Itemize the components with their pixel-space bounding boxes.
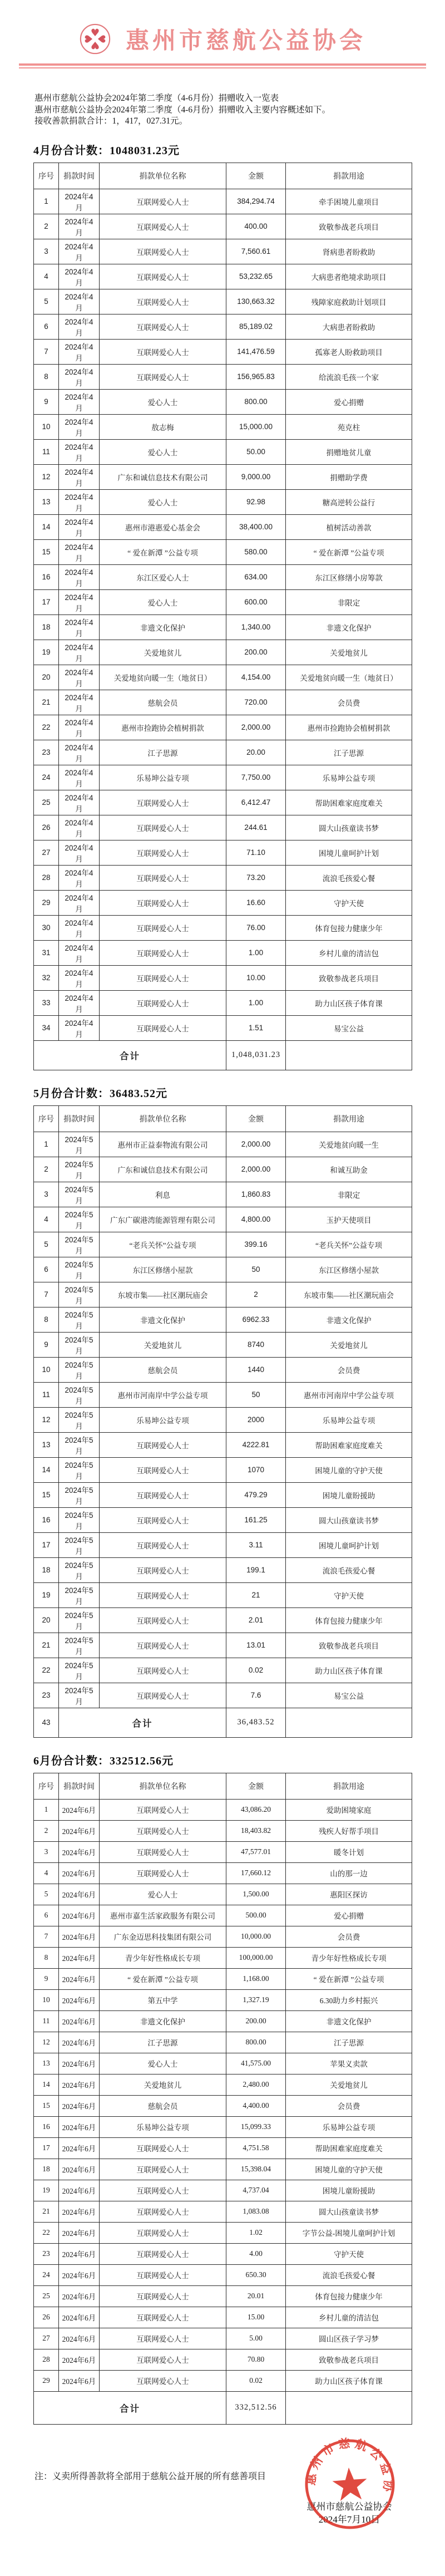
purpose-cell: 关爱地贫儿 — [286, 640, 412, 665]
purpose-cell: 困境儿童盼援助 — [286, 1482, 412, 1507]
purpose-cell: 惠阳区探访 — [286, 1884, 412, 1905]
donor-cell: 乐易坤公益专项 — [100, 2116, 226, 2137]
donor-cell: 东江区爱心人士 — [100, 564, 226, 589]
purpose-cell: 圆大山孩童读书梦 — [286, 815, 412, 840]
amount-cell: 200.00 — [226, 640, 286, 665]
purpose-cell: 流浪毛孩爱心餐 — [286, 2264, 412, 2285]
amount-cell: 384,294.74 — [226, 189, 286, 214]
seq-cell: 9 — [34, 1968, 59, 1989]
table-row: 212024年4月慈航会员720.00会员费 — [34, 690, 412, 715]
amount-cell: 2 — [226, 1282, 286, 1307]
date-cell: 2024年6月 — [59, 2370, 100, 2391]
donor-cell: 互联网爱心人士 — [100, 1683, 226, 1708]
donor-cell: 互联网爱心人士 — [100, 1820, 226, 1841]
donor-cell: 敖志梅 — [100, 414, 226, 439]
svg-text:♥: ♥ — [83, 35, 95, 43]
date-cell: 2024年6月 — [59, 2264, 100, 2285]
org-title: 惠州市慈航公益协会 — [126, 22, 366, 56]
amount-cell: 15,000.00 — [226, 414, 286, 439]
table-row: 242024年6月互联网爱心人士650.30流浪毛孩爱心餐 — [34, 2264, 412, 2285]
donor-cell: 关爱地贫儿 — [100, 2074, 226, 2095]
seq-cell: 11 — [34, 2010, 59, 2032]
date-cell: 2024年4月 — [59, 790, 100, 815]
seq-cell: 6 — [34, 1905, 59, 1926]
date-cell: 2024年5月 — [59, 1182, 100, 1207]
donor-cell: 互联网爱心人士 — [100, 1015, 226, 1040]
table-row: 142024年4月惠州市港惠爱心基金会38,400.00植树活动善款 — [34, 514, 412, 539]
purpose-cell: 青少年好性格成长专项 — [286, 1947, 412, 1968]
amount-cell: 7.6 — [226, 1683, 286, 1708]
donor-cell: 互联网爱心人士 — [100, 364, 226, 389]
date-cell: 2024年6月 — [59, 2053, 100, 2074]
purpose-cell: 致敬参战老兵项目 — [286, 2349, 412, 2370]
date-cell: 2024年6月 — [59, 1926, 100, 1947]
seq-cell: 26 — [34, 815, 59, 840]
date-cell: 2024年5月 — [59, 1633, 100, 1658]
donor-cell: 爱心人士 — [100, 2053, 226, 2074]
date-cell: 2024年5月 — [59, 1357, 100, 1382]
table-row: 62024年6月惠州市嘉生活家政服务有限公司500.00爱心捐赠 — [34, 1905, 412, 1926]
purpose-cell: 守护天使 — [286, 1582, 412, 1607]
date-cell: 2024年6月 — [59, 1820, 100, 1841]
date-cell: 2024年4月 — [59, 389, 100, 414]
table-row: 232024年5月互联网爱心人士7.6易宝公益 — [34, 1683, 412, 1708]
seq-cell: 7 — [34, 339, 59, 364]
total-label-cell: 合计 — [59, 1708, 226, 1737]
table-row: 262024年6月互联网爱心人士15.00乡村儿童的清洁包 — [34, 2307, 412, 2328]
date-cell: 2024年5月 — [59, 1582, 100, 1607]
amount-cell: 2,000.00 — [226, 1132, 286, 1157]
date-cell: 2024年4月 — [59, 264, 100, 289]
date-cell: 2024年4月 — [59, 539, 100, 564]
donor-cell: 非遗文化保护 — [100, 1307, 226, 1332]
donor-cell: 互联网爱心人士 — [100, 2349, 226, 2370]
donor-cell: 惠州市港惠爱心基金会 — [100, 514, 226, 539]
donor-cell: 非遗文化保护 — [100, 614, 226, 640]
seq-cell: 32 — [34, 965, 59, 990]
table-row: 252024年6月互联网爱心人士20.01体育包接力健康少年 — [34, 2285, 412, 2307]
amount-cell: 3.11 — [226, 1532, 286, 1557]
column-header: 捐款用途 — [286, 1105, 412, 1132]
seq-cell: 28 — [34, 2349, 59, 2370]
purpose-cell: 困境儿童的守护天使 — [286, 1457, 412, 1482]
amount-cell: 76.00 — [226, 915, 286, 940]
amount-cell: 244.61 — [226, 815, 286, 840]
seq-cell: 7 — [34, 1282, 59, 1307]
donor-cell: 互联网爱心人士 — [100, 2159, 226, 2180]
amount-cell: 2.01 — [226, 1607, 286, 1633]
amount-cell: 720.00 — [226, 690, 286, 715]
purpose-cell: 山的那一边 — [286, 1862, 412, 1884]
seq-cell: 8 — [34, 364, 59, 389]
table-row: 272024年4月互联网爱心人士71.10困境儿童呵护计划 — [34, 840, 412, 865]
seq-cell: 15 — [34, 1482, 59, 1507]
table-row: 32024年6月互联网爱心人士47,577.01暖冬计划 — [34, 1841, 412, 1862]
donor-cell: 爱心人士 — [100, 1884, 226, 1905]
donor-cell: 广东金迈思科技集团有限公司 — [100, 1926, 226, 1947]
seq-cell: 13 — [34, 2053, 59, 2074]
table-row: 72024年6月广东金迈思科技集团有限公司10,000.00会员费 — [34, 1926, 412, 1947]
amount-cell: 580.00 — [226, 539, 286, 564]
donor-cell: 互联网爱心人士 — [100, 2201, 226, 2222]
stamp-star-icon — [332, 2466, 368, 2501]
table-row: 102024年6月第五中学1,327.196.30助力乡村振兴 — [34, 1989, 412, 2010]
amount-cell: 70.80 — [226, 2349, 286, 2370]
donor-cell: 互联网爱心人士 — [100, 2307, 226, 2328]
amount-cell: 1440 — [226, 1357, 286, 1382]
purpose-cell: 植树活动善款 — [286, 514, 412, 539]
donor-cell: 互联网爱心人士 — [100, 990, 226, 1015]
table-row: 132024年6月爱心人士41,575.00苹果义卖款 — [34, 2053, 412, 2074]
table-row: 162024年6月乐易坤公益专项15,099.33乐易坤公益专项 — [34, 2116, 412, 2137]
purpose-cell: “ 爱在新潭 ”公益专项 — [286, 1968, 412, 1989]
date-cell: 2024年6月 — [59, 1947, 100, 1968]
seq-cell: 17 — [34, 2137, 59, 2159]
date-cell: 2024年6月 — [59, 2180, 100, 2201]
date-cell: 2024年5月 — [59, 1607, 100, 1633]
total-seq-cell: 43 — [34, 1708, 59, 1737]
purpose-cell: 惠州市河南岸中学公益专项 — [286, 1382, 412, 1407]
donor-cell: 互联网爱心人士 — [100, 289, 226, 314]
date-cell: 2024年4月 — [59, 214, 100, 239]
table-row: 202024年5月互联网爱心人士2.01体育包接力健康少年 — [34, 1607, 412, 1633]
donor-cell: 非遗文化保护 — [100, 2010, 226, 2032]
seq-cell: 7 — [34, 1926, 59, 1947]
seq-cell: 26 — [34, 2307, 59, 2328]
purpose-cell: 易宝公益 — [286, 1683, 412, 1708]
date-cell: 2024年4月 — [59, 189, 100, 214]
purpose-cell: 帮助困难家庭度难关 — [286, 1432, 412, 1457]
seq-cell: 14 — [34, 1457, 59, 1482]
amount-cell: 100,000.00 — [226, 1947, 286, 1968]
table-row: 12024年6月互联网爱心人士43,086.20爱助困境家庭 — [34, 1799, 412, 1820]
amount-cell: 199.1 — [226, 1557, 286, 1582]
seq-cell: 1 — [34, 1799, 59, 1820]
donation-table-may: 序号捐款时间捐款单位名称金额捐款用途12024年5月惠州市正益泰物流有限公司2,… — [33, 1105, 412, 1738]
amount-cell: 50 — [226, 1257, 286, 1282]
donor-cell: 东坡市集——社区潮玩庙会 — [100, 1282, 226, 1307]
seq-cell: 2 — [34, 214, 59, 239]
table-row: 182024年6月互联网爱心人士15,398.04困境儿童的守护天使 — [34, 2159, 412, 2180]
total-label-cell: 合计 — [34, 2391, 226, 2424]
donor-cell: 江子思源 — [100, 2032, 226, 2053]
header-divider — [19, 63, 426, 68]
amount-cell: 399.16 — [226, 1232, 286, 1257]
donation-table-april: 序号捐款时间捐款单位名称金额捐款用途12024年4月互联网爱心人士384,294… — [33, 163, 412, 1070]
amount-cell: 8740 — [226, 1332, 286, 1357]
column-header: 捐款单位名称 — [100, 163, 226, 189]
date-cell: 2024年5月 — [59, 1332, 100, 1357]
donor-cell: 互联网爱心人士 — [100, 1532, 226, 1557]
amount-cell: 600.00 — [226, 589, 286, 614]
date-cell: 2024年6月 — [59, 1989, 100, 2010]
purpose-cell: 爱助困境家庭 — [286, 1799, 412, 1820]
amount-cell: 0.02 — [226, 1658, 286, 1683]
purpose-cell: 关爱地贫向暖一生（地贫日） — [286, 665, 412, 690]
date-cell: 2024年4月 — [59, 865, 100, 890]
table-row: 192024年4月关爱地贫儿200.00关爱地贫儿 — [34, 640, 412, 665]
seq-cell: 2 — [34, 1820, 59, 1841]
amount-cell: 1,860.83 — [226, 1182, 286, 1207]
donor-cell: 东江区修缮小屋款 — [100, 1257, 226, 1282]
donor-cell: 互联网爱心人士 — [100, 790, 226, 815]
purpose-cell: 大病患者盼救助 — [286, 314, 412, 339]
donor-cell: 江子思源 — [100, 740, 226, 765]
column-header: 捐款用途 — [286, 1773, 412, 1799]
purpose-cell: 非遗文化保护 — [286, 614, 412, 640]
date-cell: 2024年4月 — [59, 589, 100, 614]
table-row: 282024年6月互联网爱心人士70.80致敬参战老兵项目 — [34, 2349, 412, 2370]
purpose-cell: 帮助困难家庭度难关 — [286, 790, 412, 815]
purpose-cell: 流浪毛孩爱心餐 — [286, 865, 412, 890]
date-cell: 2024年6月 — [59, 1841, 100, 1862]
table-row: 172024年5月互联网爱心人士3.11困境儿童呵护计划 — [34, 1532, 412, 1557]
donor-cell: 爱心人士 — [100, 389, 226, 414]
purpose-cell: 暖冬计划 — [286, 1841, 412, 1862]
table-row: 42024年4月互联网爱心人士53,232.65大病患者绝境求助项目 — [34, 264, 412, 289]
amount-cell: 141,476.59 — [226, 339, 286, 364]
amount-cell: 41,575.00 — [226, 2053, 286, 2074]
date-cell: 2024年4月 — [59, 690, 100, 715]
purpose-cell: 乐易坤公益专项 — [286, 2116, 412, 2137]
date-cell: 2024年5月 — [59, 1683, 100, 1708]
date-cell: 2024年4月 — [59, 965, 100, 990]
seq-cell: 23 — [34, 1683, 59, 1708]
purpose-cell: “老兵关怀”公益专项 — [286, 1232, 412, 1257]
seq-cell: 28 — [34, 865, 59, 890]
amount-cell: 71.10 — [226, 840, 286, 865]
seq-cell: 17 — [34, 589, 59, 614]
amount-cell: 156,965.83 — [226, 364, 286, 389]
table-row: 92024年6月“ 爱在新潭 ”公益专项1,168.00“ 爱在新潭 ”公益专项 — [34, 1968, 412, 1989]
amount-cell: 0.02 — [226, 2370, 286, 2391]
donor-cell: 互联网爱心人士 — [100, 915, 226, 940]
amount-cell: 7,750.00 — [226, 765, 286, 790]
purpose-cell: 大病患者绝境求助项目 — [286, 264, 412, 289]
total-amount-cell: 36,483.52 — [226, 1708, 286, 1737]
donor-cell: 第五中学 — [100, 1989, 226, 2010]
seq-cell: 12 — [34, 2032, 59, 2053]
seq-cell: 27 — [34, 840, 59, 865]
table-row: 262024年4月互联网爱心人士244.61圆大山孩童读书梦 — [34, 815, 412, 840]
amount-cell: 20.00 — [226, 740, 286, 765]
donor-cell: 互联网爱心人士 — [100, 2328, 226, 2349]
amount-cell: 47,577.01 — [226, 1841, 286, 1862]
date-cell: 2024年4月 — [59, 439, 100, 464]
purpose-cell: 肾病患者盼救助 — [286, 239, 412, 264]
footer-note: 注：义卖所得善款将全部用于慈航公益开展的所有慈善项目 — [34, 2469, 266, 2482]
donor-cell: 互联网爱心人士 — [100, 2137, 226, 2159]
date-cell: 2024年6月 — [59, 2243, 100, 2264]
date-cell: 2024年4月 — [59, 890, 100, 915]
seq-cell: 29 — [34, 890, 59, 915]
purpose-cell: 孤寡老人盼救助项目 — [286, 339, 412, 364]
purpose-cell: 东江区修缮小屋款 — [286, 1257, 412, 1282]
table-row: 22024年6月互联网爱心人士18,403.82残疾人好帮手项目 — [34, 1820, 412, 1841]
date-cell: 2024年4月 — [59, 715, 100, 740]
purpose-cell: 关爱地贫向暖一生 — [286, 1132, 412, 1157]
date-cell: 2024年6月 — [59, 2137, 100, 2159]
table-row: 212024年6月互联网爱心人士1,083.08圆大山孩童读书梦 — [34, 2201, 412, 2222]
purpose-cell: 致敬参战老兵项目 — [286, 1633, 412, 1658]
date-cell: 2024年4月 — [59, 339, 100, 364]
table-row: 12024年5月惠州市正益泰物流有限公司2,000.00关爱地贫向暖一生 — [34, 1132, 412, 1157]
table-row: 292024年4月互联网爱心人士16.60守护天使 — [34, 890, 412, 915]
intro-line-1: 惠州市慈航公益协会2024年第二季度（4-6月份）捐赠收入一览表 — [34, 93, 411, 105]
date-cell: 2024年6月 — [59, 2285, 100, 2307]
purpose-cell: 困境儿童呵护计划 — [286, 840, 412, 865]
donor-cell: 互联网爱心人士 — [100, 2222, 226, 2243]
date-cell: 2024年5月 — [59, 1507, 100, 1532]
amount-cell: 50 — [226, 1382, 286, 1407]
amount-cell: 2,000.00 — [226, 1157, 286, 1182]
table-row: 162024年5月互联网爱心人士161.25圆大山孩童读书梦 — [34, 1507, 412, 1532]
table-row: 122024年5月乐易坤公益专项2000乐易坤公益专项 — [34, 1407, 412, 1432]
seq-cell: 8 — [34, 1307, 59, 1332]
table-row: 122024年6月江子思源800.00江子思源 — [34, 2032, 412, 2053]
table-row: 202024年4月关爱地贫向暖一生（地贫日）4,154.00关爱地贫向暖一生（地… — [34, 665, 412, 690]
seq-cell: 11 — [34, 1382, 59, 1407]
table-row: 82024年4月互联网爱心人士156,965.83给流浪毛孩一个家 — [34, 364, 412, 389]
total-row: 合计1,048,031.23 — [34, 1040, 412, 1070]
table-row: 72024年5月东坡市集——社区潮玩庙会2东坡市集——社区潮玩庙会 — [34, 1282, 412, 1307]
seq-cell: 2 — [34, 1157, 59, 1182]
donor-cell: 慈航会员 — [100, 2095, 226, 2116]
association-logo: ♥ ♥ ♥ ♥ — [79, 23, 111, 55]
amount-cell: 15,398.04 — [226, 2159, 286, 2180]
date-cell: 2024年5月 — [59, 1557, 100, 1582]
table-row: 192024年5月互联网爱心人士21守护天使 — [34, 1582, 412, 1607]
footer: 注：义卖所得善款将全部用于慈航公益开展的所有慈善项目 惠州市慈航公益协会 202… — [0, 2435, 445, 2564]
date-cell: 2024年5月 — [59, 1532, 100, 1557]
date-cell: 2024年6月 — [59, 2074, 100, 2095]
date-cell: 2024年6月 — [59, 2201, 100, 2222]
purpose-cell: 字节公益-困境儿童呵护计划 — [286, 2222, 412, 2243]
total-row: 43合计36,483.52 — [34, 1708, 412, 1737]
table-row: 22024年4月互联网爱心人士400.00致敬参战老兵项目 — [34, 214, 412, 239]
seq-cell: 8 — [34, 1947, 59, 1968]
amount-cell: 1.51 — [226, 1015, 286, 1040]
date-cell: 2024年5月 — [59, 1457, 100, 1482]
date-cell: 2024年4月 — [59, 1015, 100, 1040]
table-row: 12024年4月互联网爱心人士384,294.74牵手困境儿童项目 — [34, 189, 412, 214]
seq-cell: 24 — [34, 2264, 59, 2285]
donor-cell: 互联网爱心人士 — [100, 890, 226, 915]
seq-cell: 20 — [34, 665, 59, 690]
table-row: 52024年4月互联网爱心人士130,663.32残障家庭救助计划项目 — [34, 289, 412, 314]
table-row: 172024年4月爱心人士600.00非限定 — [34, 589, 412, 614]
date-cell: 2024年4月 — [59, 940, 100, 965]
donor-cell: 互联网爱心人士 — [100, 339, 226, 364]
column-header: 金额 — [226, 1773, 286, 1799]
column-header: 金额 — [226, 1105, 286, 1132]
purpose-cell: 捐赠地贫儿童 — [286, 439, 412, 464]
table-row: 182024年5月互联网爱心人士199.1流浪毛孩爱心餐 — [34, 1557, 412, 1582]
donor-cell: 互联网爱心人士 — [100, 940, 226, 965]
donor-cell: 互联网爱心人士 — [100, 1607, 226, 1633]
purpose-cell: 糖高逆转公益行 — [286, 489, 412, 514]
donor-cell: 互联网爱心人士 — [100, 965, 226, 990]
seq-cell: 10 — [34, 1357, 59, 1382]
date-cell: 2024年4月 — [59, 514, 100, 539]
column-header: 捐款用途 — [286, 163, 412, 189]
column-header: 捐款时间 — [59, 163, 100, 189]
date-cell: 2024年6月 — [59, 2159, 100, 2180]
donor-cell: 互联网爱心人士 — [100, 1507, 226, 1532]
date-cell: 2024年6月 — [59, 2116, 100, 2137]
donor-cell: 广东广碳港湾能源管理有限公司 — [100, 1207, 226, 1232]
donor-cell: 关爱地贫儿 — [100, 1332, 226, 1357]
intro-line-3: 接收善款捐款合计：1，417，027.31元。 — [34, 116, 411, 127]
date-cell: 2024年4月 — [59, 915, 100, 940]
donor-cell: 惠州市捡跑协会植树捐款 — [100, 715, 226, 740]
amount-cell: 2,000.00 — [226, 715, 286, 740]
table-row: 42024年5月广东广碳港湾能源管理有限公司4,800.00玉护天使项目 — [34, 1207, 412, 1232]
table-row: 112024年5月惠州市河南岸中学公益专项50惠州市河南岸中学公益专项 — [34, 1382, 412, 1407]
table-row: 182024年4月非遗文化保护1,340.00非遗文化保护 — [34, 614, 412, 640]
column-header: 捐款时间 — [59, 1105, 100, 1132]
purpose-cell: 玉护天使项目 — [286, 1207, 412, 1232]
purpose-cell: 和诚互助金 — [286, 1157, 412, 1182]
date-cell: 2024年4月 — [59, 414, 100, 439]
seq-cell: 20 — [34, 1607, 59, 1633]
purpose-cell: 易宝公益 — [286, 1015, 412, 1040]
amount-cell: 16.60 — [226, 890, 286, 915]
seq-cell: 17 — [34, 1532, 59, 1557]
donor-cell: 互联网爱心人士 — [100, 1482, 226, 1507]
seq-cell: 31 — [34, 940, 59, 965]
section-april: 4月份合计数：1048031.23元 序号捐款时间捐款单位名称金额捐款用途120… — [0, 141, 445, 1070]
seq-cell: 12 — [34, 1407, 59, 1432]
seq-cell: 14 — [34, 514, 59, 539]
amount-cell: 85,189.02 — [226, 314, 286, 339]
donor-cell: 爱心人士 — [100, 589, 226, 614]
header: ♥ ♥ ♥ ♥ 惠州市慈航公益协会 — [0, 0, 445, 56]
clover-icon: ♥ ♥ ♥ ♥ — [83, 27, 107, 51]
date-cell: 2024年6月 — [59, 2032, 100, 2053]
donor-cell: 惠州市河南岸中学公益专项 — [100, 1382, 226, 1407]
purpose-cell: 关爱地贫儿 — [286, 1332, 412, 1357]
date-cell: 2024年5月 — [59, 1157, 100, 1182]
seq-cell: 22 — [34, 2222, 59, 2243]
donor-cell: 利息 — [100, 1182, 226, 1207]
purpose-cell: 乐易坤公益专项 — [286, 1407, 412, 1432]
column-header: 捐款时间 — [59, 1773, 100, 1799]
donor-cell: 关爱地贫儿 — [100, 640, 226, 665]
amount-cell: 4222.81 — [226, 1432, 286, 1457]
purpose-cell: 守护天使 — [286, 890, 412, 915]
amount-cell: 4,751.58 — [226, 2137, 286, 2159]
purpose-cell: 非遗文化保护 — [286, 2010, 412, 2032]
table-row: 132024年4月爱心人士92.98糖高逆转公益行 — [34, 489, 412, 514]
seq-cell: 4 — [34, 1207, 59, 1232]
purpose-cell: 帮助困难家庭度难关 — [286, 2137, 412, 2159]
section-june: 6月份合计数：332512.56元 序号捐款时间捐款单位名称金额捐款用途1202… — [0, 1752, 445, 2425]
table-row: 122024年4月广东和诚信息技术有限公司9,000.00捐赠助学费 — [34, 464, 412, 489]
purpose-cell: “ 爱在新潭 ”公益专项 — [286, 539, 412, 564]
purpose-cell: 助力山区孩子体育课 — [286, 990, 412, 1015]
section-may: 5月份合计数：36483.52元 序号捐款时间捐款单位名称金额捐款用途12024… — [0, 1084, 445, 1738]
amount-cell: 92.98 — [226, 489, 286, 514]
date-cell: 2024年4月 — [59, 614, 100, 640]
amount-cell: 4,737.04 — [226, 2180, 286, 2201]
table-row: 102024年4月敖志梅15,000.00苑克柱 — [34, 414, 412, 439]
table-row: 222024年5月互联网爱心人士0.02助力山区孩子体育课 — [34, 1658, 412, 1683]
amount-cell: 1,083.08 — [226, 2201, 286, 2222]
section-title-may: 5月份合计数：36483.52元 — [33, 1084, 412, 1100]
table-row: 222024年6月互联网爱心人士1.02字节公益-困境儿童呵护计划 — [34, 2222, 412, 2243]
purpose-cell: 会员费 — [286, 1926, 412, 1947]
